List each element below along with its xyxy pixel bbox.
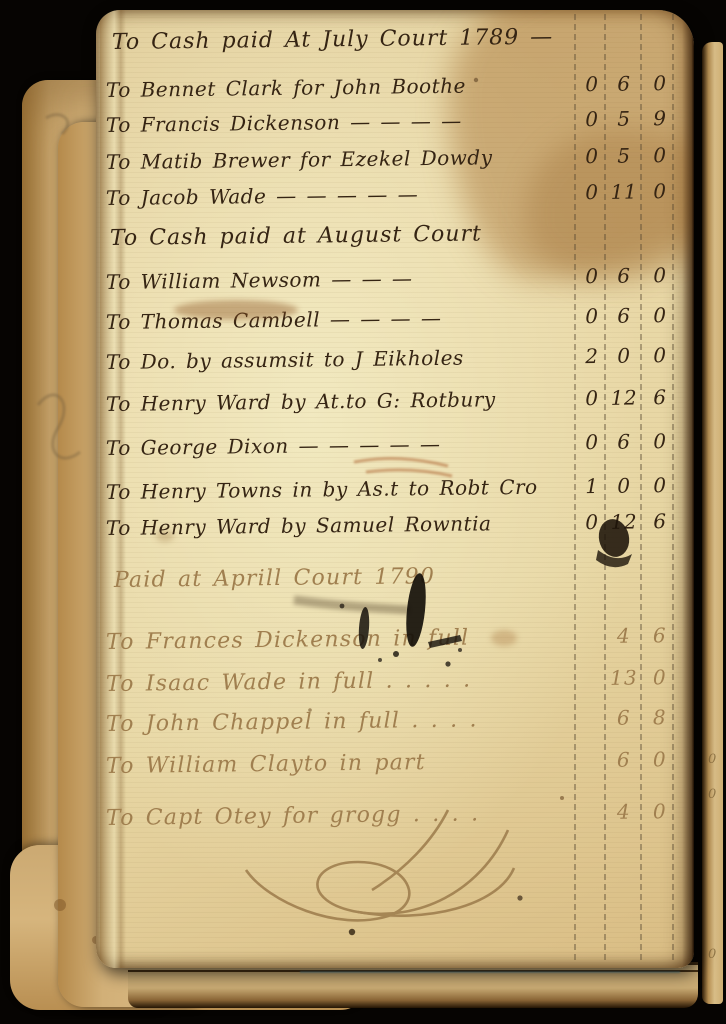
entry-text: To Henry Towns in by As.t to Robt Cro [106,475,538,504]
amount-shillings: 12 [608,385,640,409]
ledger-row: To William Clayto in part 6 0 [106,747,690,784]
amount-shillings: 5 [608,143,640,167]
ledger-row: To Francis Dickenson — — — — 0 5 9 [106,106,690,143]
amount-pounds: 0 [578,107,606,131]
entry-text: To Francis Dickenson — — — — [106,109,462,137]
amount-shillings: 4 [608,623,640,647]
edge-mark: 0 [708,787,716,802]
ledger-row: To Matib Brewer for Ezekel Dowdy 0 5 0 [106,143,690,180]
amount-pounds: 0 [578,144,606,168]
ledger-row: To John Chappel in full . . . . 6 8 [106,705,690,742]
entry-text: To George Dixon — — — — — [106,432,441,460]
amount-pounds: 1 [578,474,606,498]
ledger-row: To Henry Towns in by As.t to Robt Cro 1 … [106,473,690,510]
adjacent-page-edge: 0 0 0 [702,42,723,1004]
section-header: Paid at Aprill Court 1790 [114,561,694,598]
photo-backdrop: 0 0 0 To Cash paid At July Court 1789 — … [0,0,726,1024]
entry-text: To Jacob Wade — — — — — [106,182,418,210]
entry-text: To Henry Ward by Samuel Rowntia [106,511,492,540]
entry-text: To William Clayto in part [106,750,426,779]
amount-shillings: 6 [608,705,640,729]
amount-shillings: 0 [608,473,640,497]
amount-pence: 0 [646,343,674,367]
entry-text: To Henry Ward by At.to G: Rotbury [106,387,496,416]
ledger-row: To Isaac Wade in full . . . . . 13 0 [106,665,690,702]
ledger-row: To Jacob Wade — — — — — 0 11 0 [106,179,690,216]
amount-pence: 0 [646,179,674,203]
ledger-row: To Bennet Clark for John Boothe 0 6 0 [106,71,690,108]
amount-pounds: 0 [578,180,606,204]
amount-shillings: 12 [608,509,640,533]
amount-pounds: 2 [578,344,606,368]
amount-pence: 0 [646,71,674,95]
entry-text: To Capt Otey for grogg . . . . [106,801,480,831]
ledger-row: To Capt Otey for grogg . . . . 4 0 [106,799,690,836]
ledger-row: To William Newsom — — — 0 6 0 [106,263,690,300]
amount-pounds: 0 [578,72,606,96]
amount-pence: 6 [646,509,674,533]
entry-text: To William Newsom — — — [106,266,413,294]
amount-shillings: 13 [608,665,640,689]
amount-pence: 0 [646,263,674,287]
entry-text: To Thomas Cambell — — — — [106,306,442,334]
amount-pence: 0 [646,473,674,497]
entry-text: To Bennet Clark for John Boothe [106,74,466,102]
section-header: To Cash paid at August Court [110,219,694,256]
amount-pence: 6 [646,623,674,647]
amount-pence: 0 [646,665,674,689]
amount-shillings: 4 [608,799,640,823]
entry-text: To Do. by assumsit to J Eikholes [106,346,464,374]
amount-pence: 0 [646,747,674,771]
amount-pounds: 0 [578,304,606,328]
ledger-row: To Frances Dickenson in full 4 6 [106,623,690,660]
amount-shillings: 6 [608,747,640,771]
ledger-row: To Henry Ward by Samuel Rowntia 0 12 6 [106,509,690,546]
entry-text: To Matib Brewer for Ezekel Dowdy [106,145,493,174]
entry-text: To Isaac Wade in full . . . . . [106,668,472,697]
amount-pounds: 0 [578,430,606,454]
ledger-row: To Do. by assumsit to J Eikholes 2 0 0 [106,343,690,380]
edge-mark: 0 [708,752,716,767]
amount-shillings: 0 [608,343,640,367]
header-text: Paid at Aprill Court 1790 [114,564,435,593]
amount-pence: 9 [646,106,674,130]
section-header: To Cash paid At July Court 1789 — [112,23,694,60]
ledger-row: To George Dixon — — — — — 0 6 0 [106,429,690,466]
amount-pence: 8 [646,705,674,729]
amount-pounds: 0 [578,386,606,410]
amount-pence: 0 [646,143,674,167]
entry-text: To Frances Dickenson in full [106,626,470,655]
amount-shillings: 6 [608,263,640,287]
amount-pence: 0 [646,799,674,823]
entry-text: To John Chappel in full . . . . [106,707,478,737]
amount-pence: 6 [646,385,674,409]
ledger-row: To Thomas Cambell — — — — 0 6 0 [106,303,690,340]
amount-shillings: 6 [608,303,640,327]
edge-mark: 0 [708,947,716,962]
ledger-page: To Cash paid At July Court 1789 — To Ben… [96,10,694,968]
bottom-page-edges [128,962,698,1008]
amount-pence: 0 [646,429,674,453]
bottom-edge-highlight [300,971,680,973]
amount-shillings: 6 [608,429,640,453]
header-text: To Cash paid at August Court [110,221,482,251]
header-text: To Cash paid At July Court 1789 — [112,25,554,55]
amount-shillings: 5 [608,106,640,130]
amount-pounds: 0 [578,264,606,288]
amount-pence: 0 [646,303,674,327]
amount-pounds: 0 [578,510,606,534]
amount-shillings: 6 [608,71,640,95]
amount-shillings: 11 [608,179,640,203]
ledger-row: To Henry Ward by At.to G: Rotbury 0 12 6 [106,385,690,422]
